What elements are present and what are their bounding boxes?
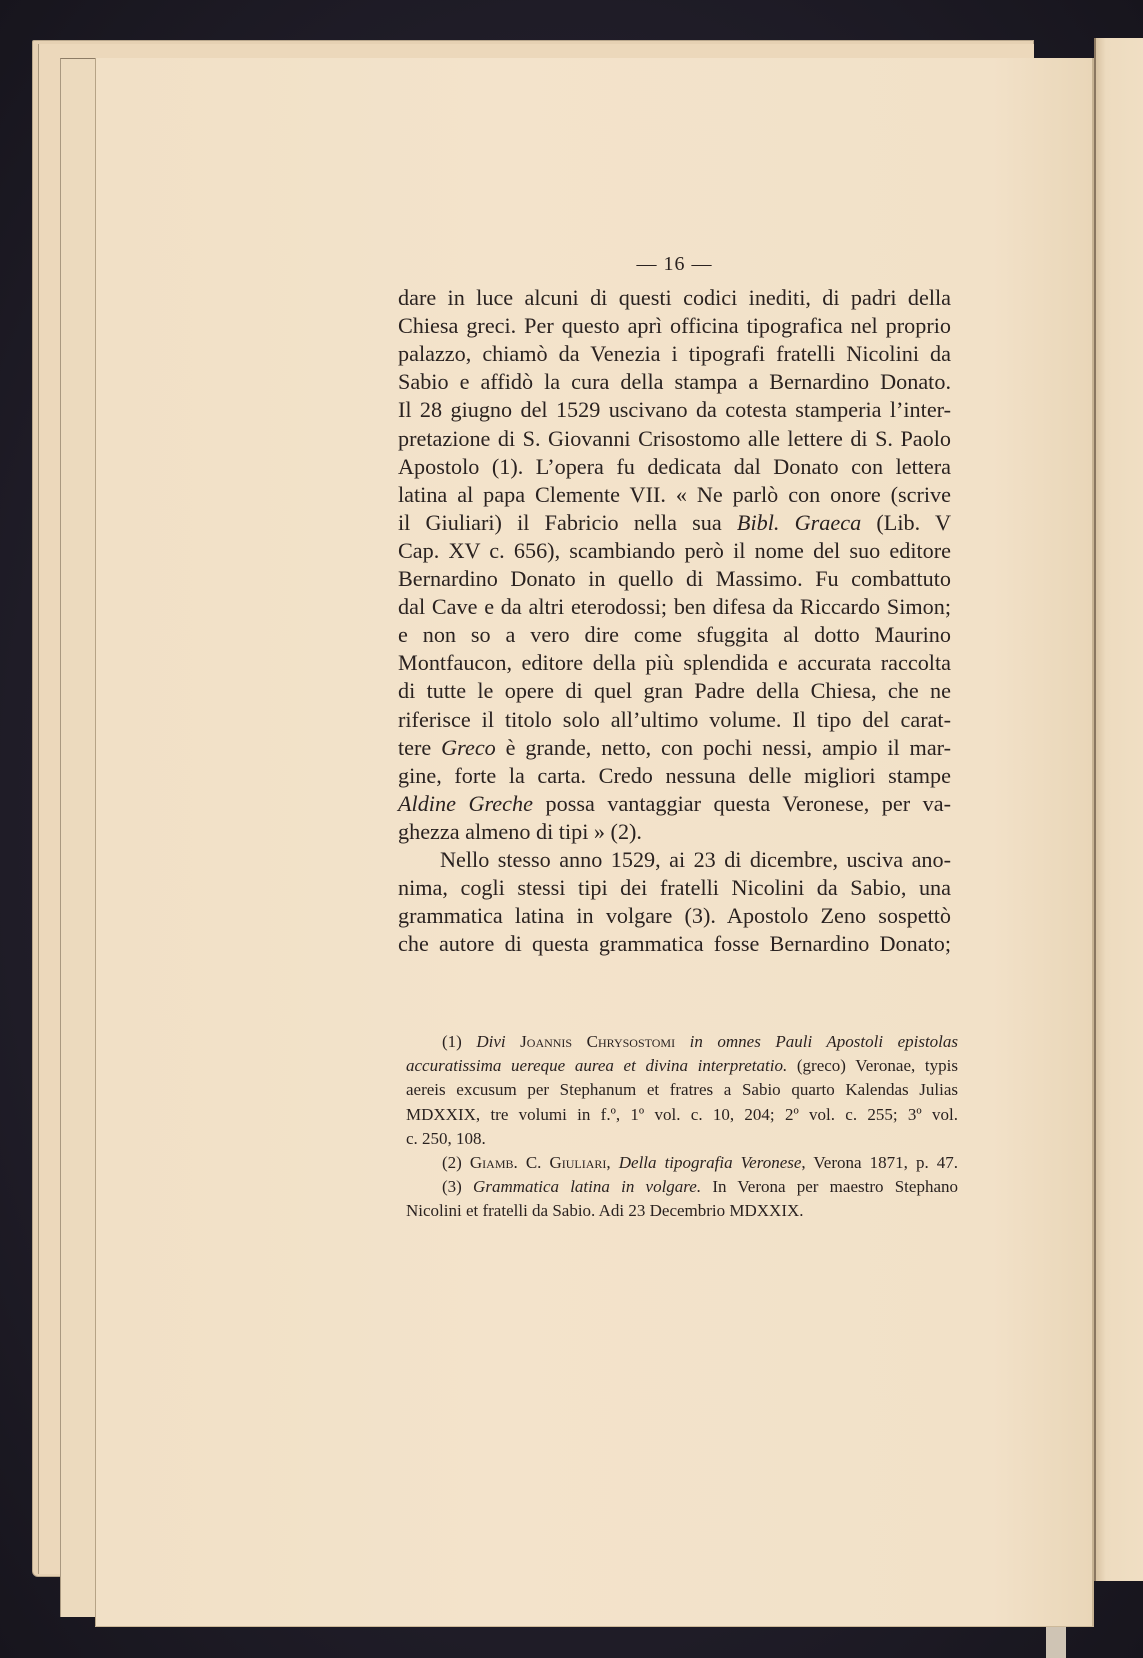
text-run: Chiesa greci. Per questo aprì officina t… <box>398 313 951 338</box>
text-run: Apostolo (1). L’opera fu dedicata dal Do… <box>398 454 951 479</box>
text-line: e non so a vero dire come sfuggita al do… <box>398 621 951 649</box>
text-run: In Verona per maestro Stephano <box>701 1177 958 1196</box>
footnote-line: MDXXIX, tre volumi in f.º, 1º vol. c. 10… <box>406 1103 958 1127</box>
footnote-line: aereis excusum per Stephanum et fratres … <box>406 1078 958 1102</box>
text-run: aereis excusum per Stephanum et fratres … <box>406 1080 958 1099</box>
text-run: Nicolini et fratelli da Sabio. Adi 23 De… <box>406 1201 804 1220</box>
italic-text: Aldine Greche <box>398 791 533 816</box>
text-line: Sabio e affidò la cura della stampa a Be… <box>398 368 951 396</box>
text-line: nima, cogli stessi tipi dei fratelli Nic… <box>398 874 951 902</box>
text-run: (greco) Veronae, typis <box>787 1056 958 1075</box>
page-number: — 16 — <box>398 250 951 278</box>
footnotes: (1) Divi Joannis Chrysostomi in omnes Pa… <box>406 1030 958 1224</box>
italic-text: Divi <box>476 1032 505 1051</box>
text-run: riferisce il titolo solo all’ultimo volu… <box>398 707 951 732</box>
text-run: , <box>606 1153 618 1172</box>
text-run: pretazione di S. Giovanni Crisostomo all… <box>398 426 951 451</box>
body-text: — 16 — dare in luce alcuni di questi cod… <box>398 250 951 958</box>
footnote-line: (2) Giamb. C. Giuliari, Della tipografia… <box>406 1151 958 1175</box>
text-line: grammatica latina in volgare (3). Aposto… <box>398 902 951 930</box>
text-run <box>675 1032 690 1051</box>
italic-text: in omnes Pauli Apostoli epistolas <box>690 1032 958 1051</box>
text-run: Il 28 giugno del 1529 uscivano da cotest… <box>398 397 951 422</box>
text-run: è grande, netto, con pochi nessi, ampio … <box>496 735 951 760</box>
text-run: Bernardino Donato in quello di Massimo. … <box>398 566 951 591</box>
text-run <box>506 1032 521 1051</box>
text-run: Sabio e affidò la cura della stampa a Be… <box>398 369 951 394</box>
footnote-line: accuratissima uereque aurea et divina in… <box>406 1054 958 1078</box>
text-run: possa vantaggiar questa Veronese, per va… <box>533 791 951 816</box>
text-run: , Verona 1871, p. 47. <box>801 1153 958 1172</box>
text-run: Cap. XV c. 656), scambiando però il nome… <box>398 538 951 563</box>
text-run: grammatica latina in volgare (3). Aposto… <box>398 903 951 928</box>
text-run: (Lib. V <box>861 510 951 535</box>
text-run: il Giuliari) il Fabricio nella sua <box>398 510 737 535</box>
text-run: Giamb. C. Giuliari <box>470 1153 607 1172</box>
text-run: gine, forte la carta. Credo nessuna dell… <box>398 763 951 788</box>
text-line: che autore di questa grammatica fosse Be… <box>398 930 951 958</box>
italic-text: Della tipografia Veronese <box>619 1153 802 1172</box>
text-line: Cap. XV c. 656), scambiando però il nome… <box>398 537 951 565</box>
text-run: che autore di questa grammatica fosse Be… <box>398 931 951 956</box>
text-line: tere Greco è grande, netto, con pochi ne… <box>398 734 951 762</box>
text-line: Bernardino Donato in quello di Massimo. … <box>398 565 951 593</box>
text-line: dal Cave e da altri eterodossi; ben dife… <box>398 593 951 621</box>
footnote-line: c. 250, 108. <box>406 1127 958 1151</box>
text-run: Joannis Chrysostomi <box>520 1032 675 1051</box>
text-run: tere <box>398 735 441 760</box>
text-run: ghezza almeno di tipi » (2). <box>398 819 642 844</box>
text-run: di tutte le opere di quel gran Padre del… <box>398 678 951 703</box>
text-line: Montfaucon, editore della più splendida … <box>398 649 951 677</box>
text-run: (2) <box>442 1153 470 1172</box>
text-run: palazzo, chiamò da Venezia i tipografi f… <box>398 341 951 366</box>
text-run: (3) <box>442 1177 473 1196</box>
text-line: Nello stesso anno 1529, ai 23 di dicembr… <box>398 846 951 874</box>
text-line: Chiesa greci. Per questo aprì officina t… <box>398 312 951 340</box>
text-run: c. 250, 108. <box>406 1129 486 1148</box>
text-line: Apostolo (1). L’opera fu dedicata dal Do… <box>398 453 951 481</box>
text-run: (1) <box>442 1032 476 1051</box>
text-line: palazzo, chiamò da Venezia i tipografi f… <box>398 340 951 368</box>
text-line: gine, forte la carta. Credo nessuna dell… <box>398 762 951 790</box>
text-line: pretazione di S. Giovanni Crisostomo all… <box>398 425 951 453</box>
text-run: MDXXIX, tre volumi in f.º, 1º vol. c. 10… <box>406 1105 958 1124</box>
text-line: dare in luce alcuni di questi codici ine… <box>398 284 951 312</box>
italic-text: accuratissima uereque aurea et divina in… <box>406 1056 787 1075</box>
text-line: Aldine Greche possa vantaggiar questa Ve… <box>398 790 951 818</box>
text-run: dare in luce alcuni di questi codici ine… <box>398 285 951 310</box>
text-run: e non so a vero dire come sfuggita al do… <box>398 622 951 647</box>
text-line: Il 28 giugno del 1529 uscivano da cotest… <box>398 396 951 424</box>
text-line: riferisce il titolo solo all’ultimo volu… <box>398 706 951 734</box>
facing-page-edge <box>1094 38 1143 1581</box>
text-run: latina al papa Clemente VII. « Ne parlò … <box>398 482 951 507</box>
body-paragraphs: dare in luce alcuni di questi codici ine… <box>398 284 951 958</box>
text-line: ghezza almeno di tipi » (2). <box>398 818 951 846</box>
text-run: dal Cave e da altri eterodossi; ben dife… <box>398 594 951 619</box>
text-run: nima, cogli stessi tipi dei fratelli Nic… <box>398 875 951 900</box>
italic-text: Grammatica latina in volgare. <box>473 1177 701 1196</box>
text-line: di tutte le opere di quel gran Padre del… <box>398 677 951 705</box>
italic-text: Greco <box>441 735 496 760</box>
text-line: il Giuliari) il Fabricio nella sua Bibl.… <box>398 509 951 537</box>
text-run: Montfaucon, editore della più splendida … <box>398 650 951 675</box>
footnote-line: (3) Grammatica latina in volgare. In Ver… <box>406 1175 958 1199</box>
footnote-line: (1) Divi Joannis Chrysostomi in omnes Pa… <box>406 1030 958 1054</box>
text-run: Nello stesso anno 1529, ai 23 di dicembr… <box>440 847 951 872</box>
text-line: latina al papa Clemente VII. « Ne parlò … <box>398 481 951 509</box>
italic-text: Bibl. Graeca <box>737 510 861 535</box>
footnote-line: Nicolini et fratelli da Sabio. Adi 23 De… <box>406 1199 958 1223</box>
page-gutter-line <box>95 58 96 1626</box>
